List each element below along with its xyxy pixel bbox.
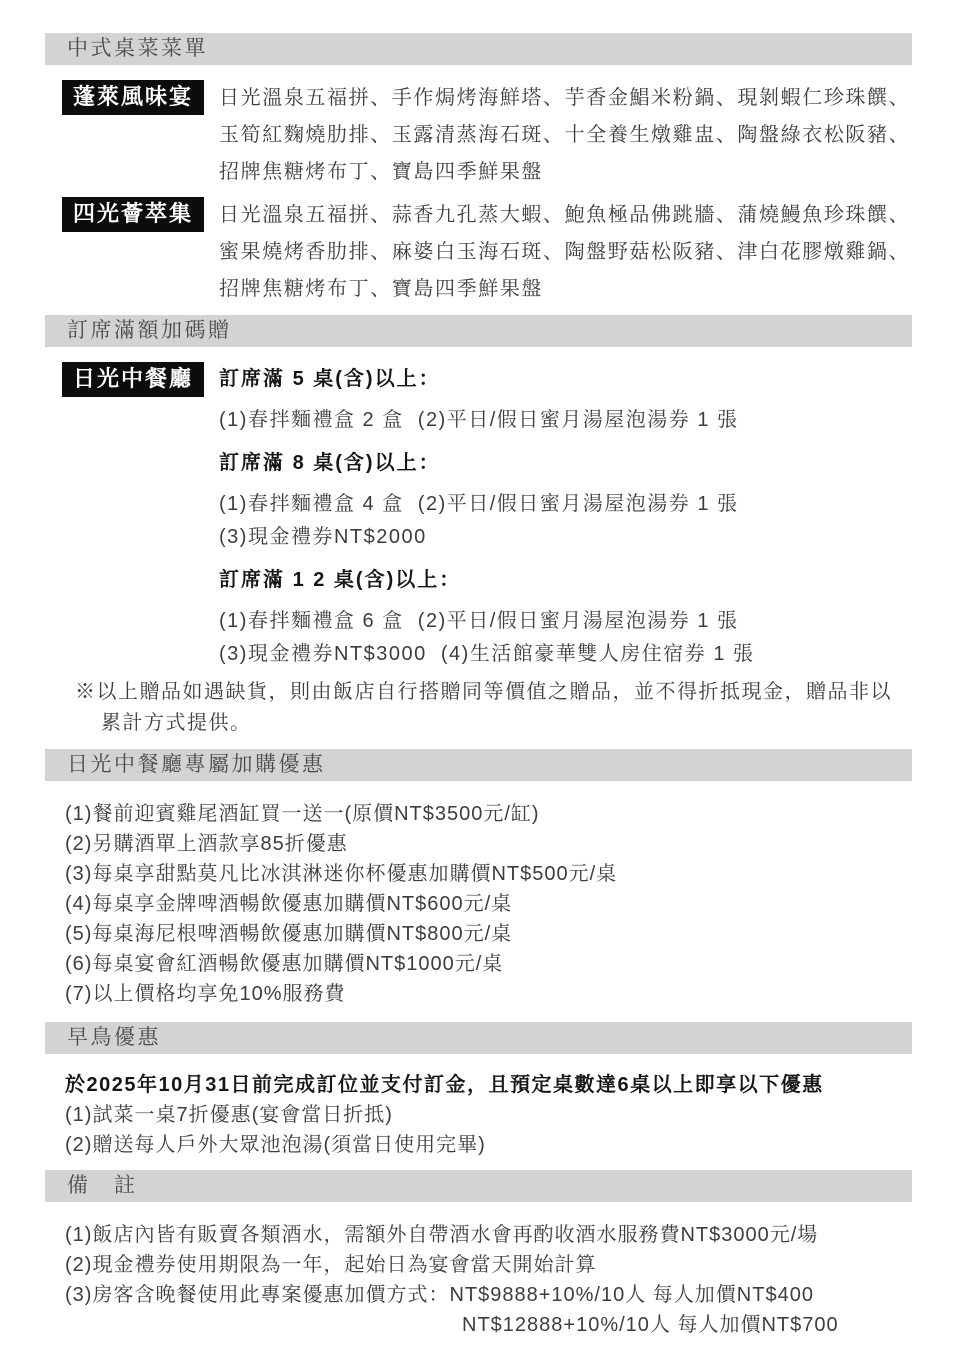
bonus-row: 日光中餐廳 訂席滿 5 桌(含)以上： (1)春拌麵禮盒 2 盒 (2)平日/假… [62, 362, 912, 671]
bonus-tier-8: 訂席滿 8 桌(含)以上： (1)春拌麵禮盒 4 盒 (2)平日/假日蜜月湯屋泡… [219, 452, 755, 554]
early-bird-item-1: (1)試菜一桌7折優惠(宴會當日折抵) [65, 1100, 912, 1130]
addons-item-3: (3)每桌享甜點莫凡比冰淇淋迷你杯優惠加購價NT$500元/桌 [65, 859, 912, 889]
bonus-tier-5-line: (1)春拌麵禮盒 2 盒 (2)平日/假日蜜月湯屋泡湯券 1 張 [219, 404, 755, 437]
menu-label-siguang: 四光薈萃集 [62, 197, 204, 232]
addons-item-6: (6)每桌宴會紅酒暢飲優惠加購價NT$1000元/桌 [65, 949, 912, 979]
bonus-tier-8-line-1: (1)春拌麵禮盒 4 盒 (2)平日/假日蜜月湯屋泡湯券 1 張 [219, 488, 755, 521]
bonus-disclaimer-line-1: ※以上贈品如遇缺貨，則由飯店自行搭贈同等價值之贈品，並不得折抵現金，贈品非以 [75, 677, 912, 708]
remarks-list: (1)飯店內皆有販賣各類酒水，需額外自帶酒水會再酌收酒水服務費NT$3000元/… [65, 1220, 912, 1340]
remarks-item-3: (3)房客含晚餐使用此專案優惠加價方式：NT$9888+10%/10人 每人加價… [65, 1280, 912, 1310]
bonus-tier-12-line-2: (3)現金禮券NT$3000 (4)生活館豪華雙人房住宿券 1 張 [219, 638, 755, 671]
bonus-tier-5: 訂席滿 5 桌(含)以上： (1)春拌麵禮盒 2 盒 (2)平日/假日蜜月湯屋泡… [219, 368, 755, 437]
addons-item-1: (1)餐前迎賓雞尾酒缸買一送一(原價NT$3500元/缸) [65, 799, 912, 829]
menu-dishes-penglai: 日光溫泉五福拼、手作焗烤海鮮塔、芋香金鯧米粉鍋、現剝蝦仁珍珠饌、玉筍紅麴燒肋排、… [219, 80, 912, 191]
bonus-tier-8-title: 訂席滿 8 桌(含)以上： [219, 452, 755, 475]
section-header-early-bird: 早鳥優惠 [45, 1022, 912, 1054]
remarks-item-3-continuation: NT$12888+10%/10人 每人加價NT$700 [462, 1310, 912, 1340]
bonus-disclaimer-line-2: 累計方式提供。 [75, 708, 912, 739]
section-header-addons: 日光中餐廳專屬加購優惠 [45, 749, 912, 781]
addons-item-5: (5)每桌海尼根啤酒暢飲優惠加購價NT$800元/桌 [65, 919, 912, 949]
bonus-tiers: 訂席滿 5 桌(含)以上： (1)春拌麵禮盒 2 盒 (2)平日/假日蜜月湯屋泡… [219, 362, 755, 671]
remarks-item-1: (1)飯店內皆有販賣各類酒水，需額外自帶酒水會再酌收酒水服務費NT$3000元/… [65, 1220, 912, 1250]
menu-row-siguang: 四光薈萃集 日光溫泉五福拼、蒜香九孔蒸大蝦、鮑魚極品佛跳牆、蒲燒鰻魚珍珠饌、蜜果… [62, 197, 912, 308]
section-header-menu: 中式桌菜菜單 [45, 33, 912, 65]
bonus-tier-5-title: 訂席滿 5 桌(含)以上： [219, 368, 755, 391]
section-header-bonus: 訂席滿額加碼贈 [45, 315, 912, 347]
early-bird-block: 於2025年10月31日前完成訂位並支付訂金，且預定桌數達6桌以上即享以下優惠 … [65, 1070, 912, 1160]
addons-list: (1)餐前迎賓雞尾酒缸買一送一(原價NT$3500元/缸) (2)另購酒單上酒款… [65, 799, 912, 1009]
remarks-item-2: (2)現金禮券使用期限為一年，起始日為宴會當天開始計算 [65, 1250, 912, 1280]
section-header-remarks: 備 註 [45, 1170, 912, 1202]
early-bird-item-2: (2)贈送每人戶外大眾池泡湯(須當日使用完畢) [65, 1130, 912, 1160]
menu-dishes-siguang: 日光溫泉五福拼、蒜香九孔蒸大蝦、鮑魚極品佛跳牆、蒲燒鰻魚珍珠饌、蜜果燒烤香肋排、… [219, 197, 912, 308]
bonus-tier-12-line-1: (1)春拌麵禮盒 6 盒 (2)平日/假日蜜月湯屋泡湯券 1 張 [219, 605, 755, 638]
document-page: 中式桌菜菜單 蓬萊風味宴 日光溫泉五福拼、手作焗烤海鮮塔、芋香金鯧米粉鍋、現剝蝦… [0, 0, 959, 1357]
menu-label-penglai: 蓬萊風味宴 [62, 80, 204, 115]
bonus-tier-12: 訂席滿 1 2 桌(含)以上： (1)春拌麵禮盒 6 盒 (2)平日/假日蜜月湯… [219, 569, 755, 671]
addons-item-7: (7)以上價格均享免10%服務費 [65, 979, 912, 1009]
addons-item-4: (4)每桌享金牌啤酒暢飲優惠加購價NT$600元/桌 [65, 889, 912, 919]
bonus-label-restaurant: 日光中餐廳 [62, 362, 204, 397]
addons-item-2: (2)另購酒單上酒款享85折優惠 [65, 829, 912, 859]
menu-row-penglai: 蓬萊風味宴 日光溫泉五福拼、手作焗烤海鮮塔、芋香金鯧米粉鍋、現剝蝦仁珍珠饌、玉筍… [62, 80, 912, 191]
bonus-tier-12-title: 訂席滿 1 2 桌(含)以上： [219, 569, 755, 592]
bonus-disclaimer: ※以上贈品如遇缺貨，則由飯店自行搭贈同等價值之贈品，並不得折抵現金，贈品非以 累… [75, 677, 912, 739]
early-bird-intro: 於2025年10月31日前完成訂位並支付訂金，且預定桌數達6桌以上即享以下優惠 [65, 1070, 912, 1100]
bonus-tier-8-line-2: (3)現金禮券NT$2000 [219, 521, 755, 554]
